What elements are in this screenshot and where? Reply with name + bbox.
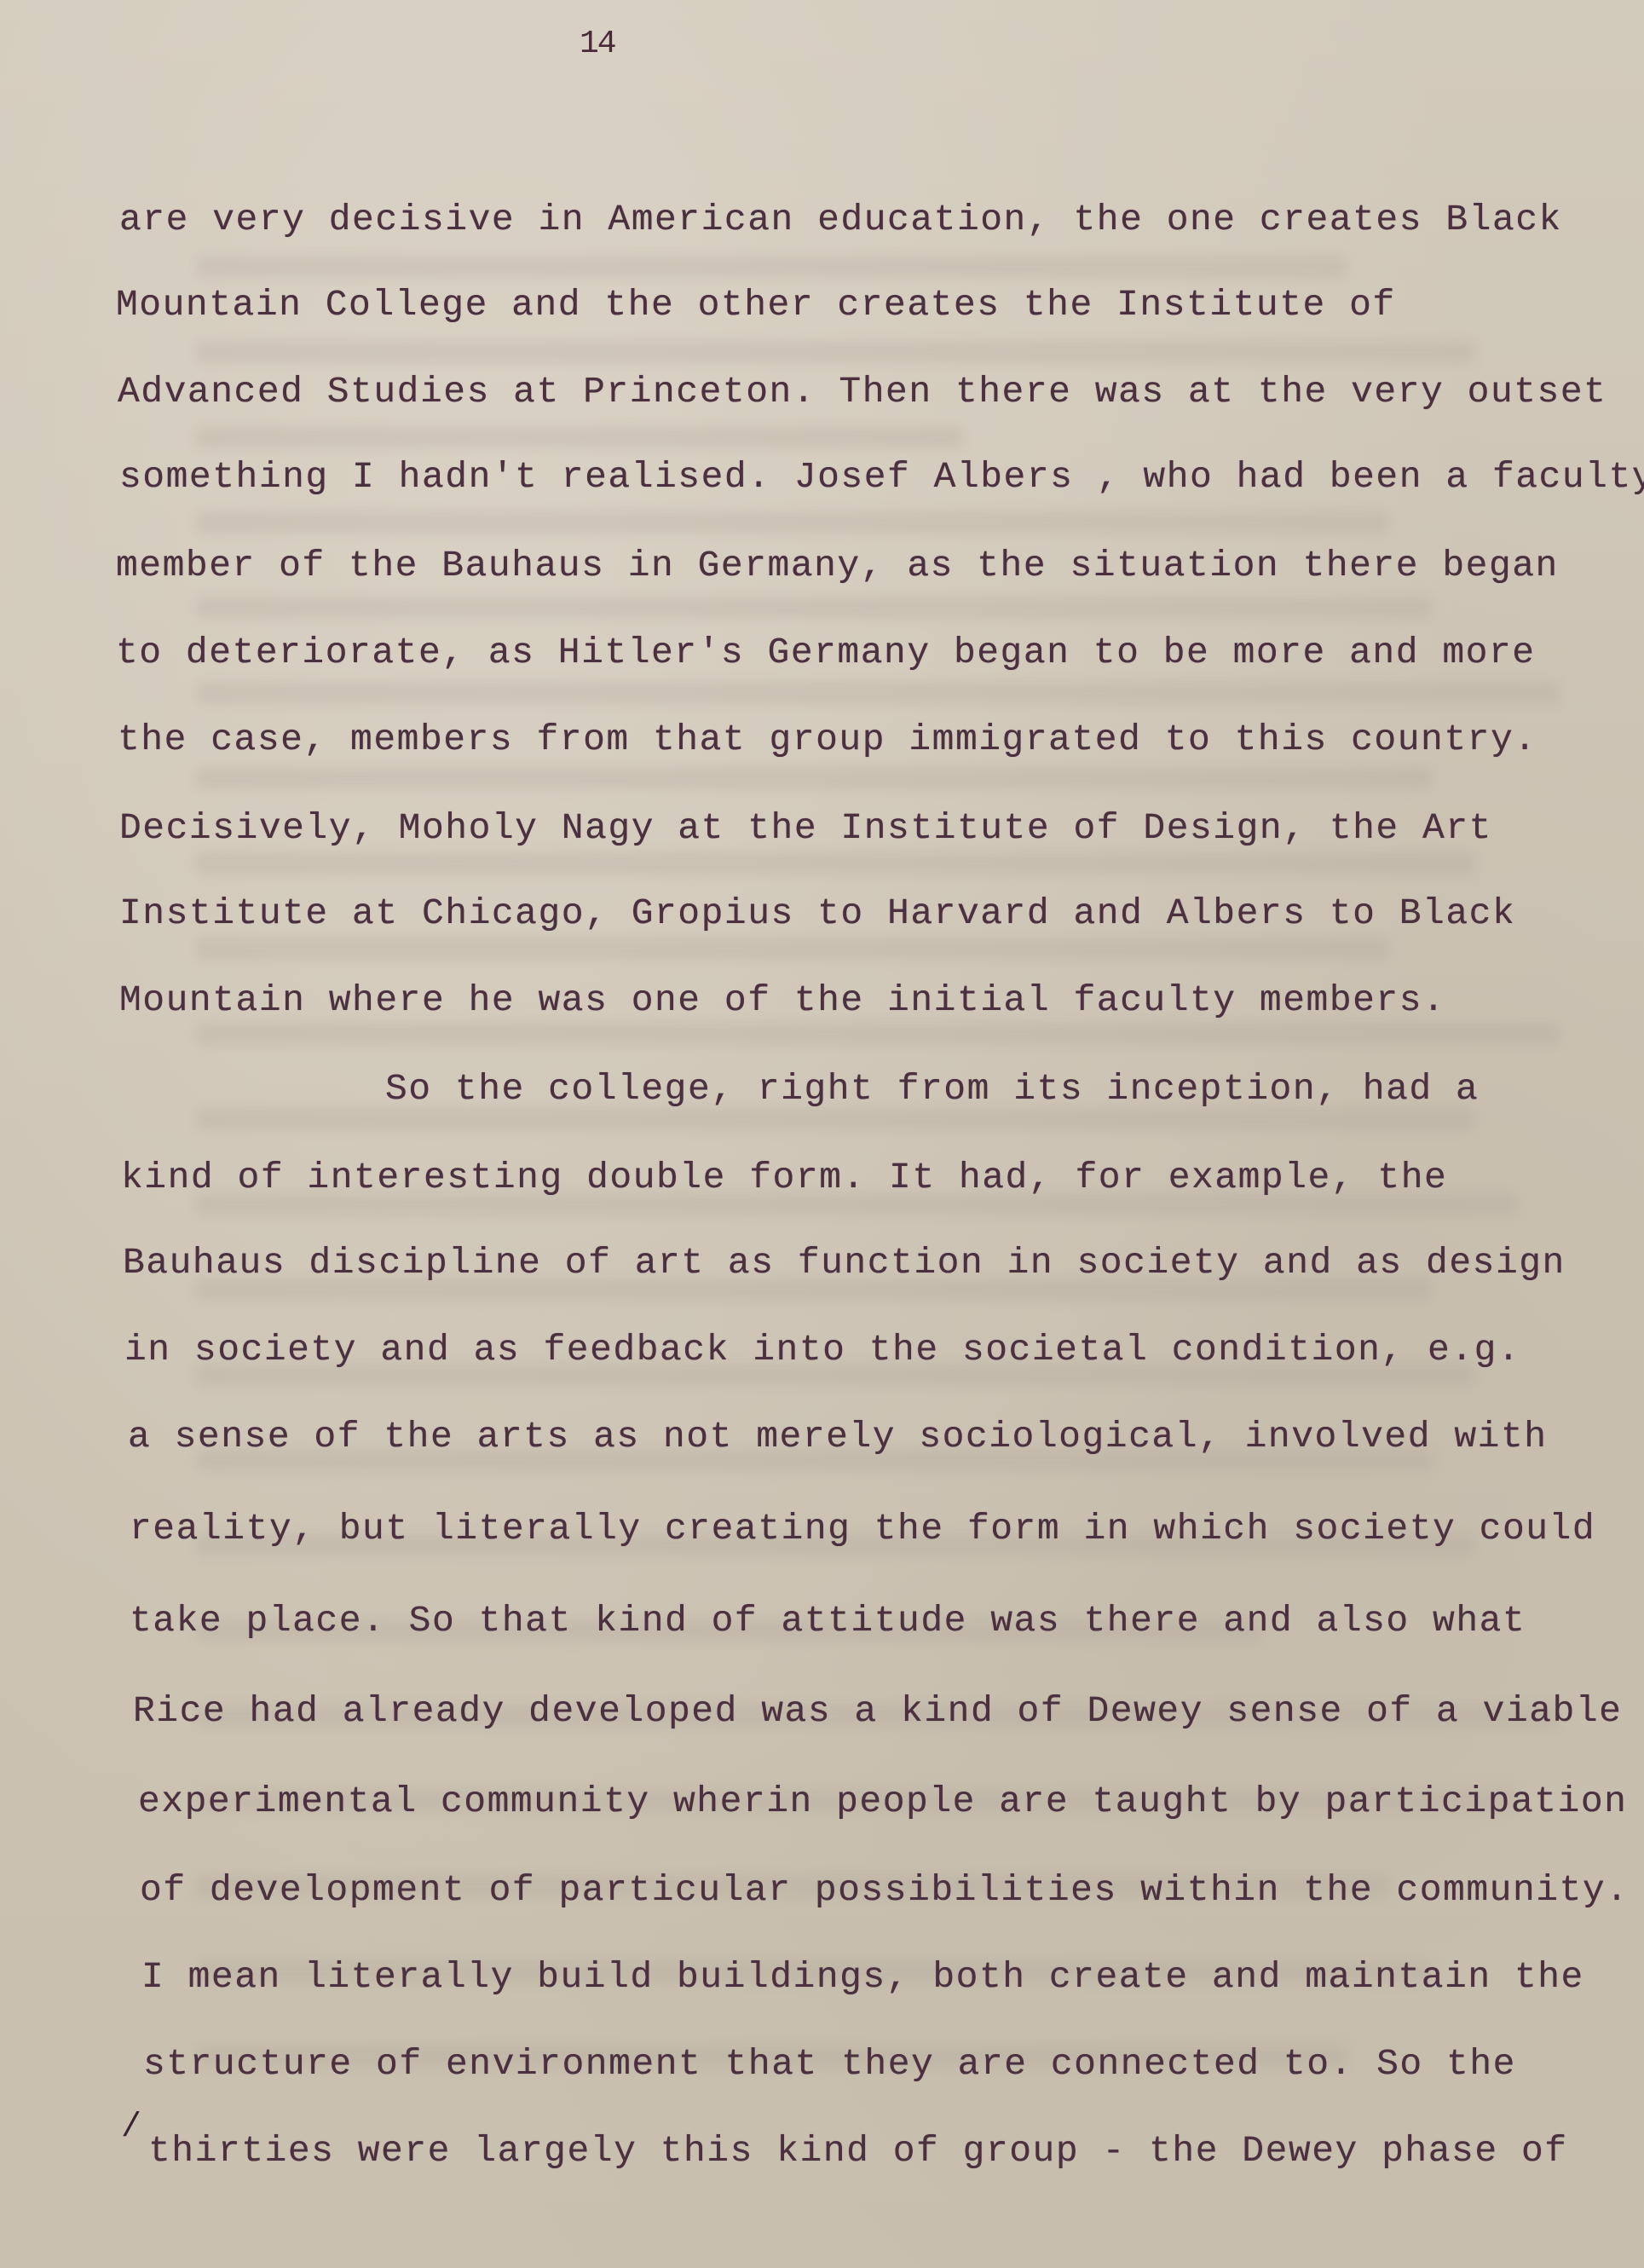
text-line: Bauhaus discipline of art as function in…	[123, 1244, 1566, 1281]
text-line: kind of interesting double form. It had,…	[121, 1159, 1447, 1196]
text-line: are very decisive in American education,…	[119, 201, 1562, 238]
text-line: member of the Bauhaus in Germany, as the…	[116, 547, 1559, 584]
text-line: reality, but literally creating the form…	[130, 1510, 1595, 1547]
text-line: thirties were largely this kind of group…	[148, 2132, 1568, 2169]
show-through-text	[0, 0, 1644, 2268]
text-line: a sense of the arts as not merely sociol…	[128, 1418, 1548, 1455]
text-line: of development of particular possibiliti…	[140, 1872, 1629, 1908]
text-line: take place. So that kind of attitude was…	[130, 1602, 1526, 1639]
text-line: Mountain where he was one of the initial…	[119, 982, 1445, 1019]
handwritten-margin-mark: /	[121, 2109, 141, 2147]
text-line: in society and as feedback into the soci…	[124, 1331, 1520, 1368]
text-line: Rice had already developed was a kind of…	[133, 1693, 1622, 1729]
text-line: Mountain College and the other creates t…	[116, 286, 1396, 323]
text-line-paragraph-start: So the college, right from its inception…	[385, 1071, 1479, 1107]
text-line: structure of environment that they are c…	[143, 2046, 1516, 2082]
text-line: experimental community wherin people are…	[138, 1783, 1644, 1820]
text-line: something I hadn't realised. Josef Alber…	[119, 459, 1644, 495]
text-line: Advanced Studies at Princeton. Then ther…	[118, 373, 1607, 410]
page-number: 14	[580, 26, 615, 62]
text-line: the case, members from that group immigr…	[118, 721, 1537, 758]
text-line: to deteriorate, as Hitler's Germany bega…	[116, 634, 1536, 671]
typewritten-page: 14 are very decisive in American educati…	[0, 0, 1644, 2268]
text-line: I mean literally build buildings, both c…	[141, 1959, 1584, 1995]
text-line: Decisively, Moholy Nagy at the Institute…	[119, 810, 1492, 846]
text-line: Institute at Chicago, Gropius to Harvard…	[119, 895, 1515, 932]
